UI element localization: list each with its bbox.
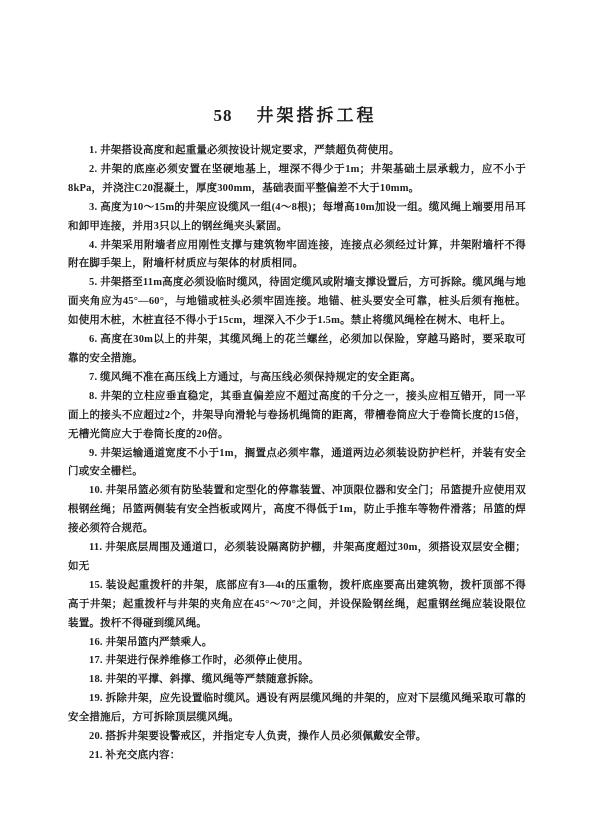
list-item: 1. 井架搭设高度和起重量必须按设计规定要求，严禁超负荷使用。 [68,142,526,161]
list-item: 9. 井架运输通道宽度不小于1m，搁置点必须牢靠，通道两边必须装设防护栏杆，并装… [68,445,526,483]
list-item: 19. 拆除井架，应先设置临时缆风。遇设有两层缆风绳的井架的，应对下层缆风绳采取… [68,690,526,728]
document-page: 58井架搭拆工程 1. 井架搭设高度和起重量必须按设计规定要求，严禁超负荷使用。… [0,0,590,835]
list-item: 10. 井架吊篮必须有防坠装置和定型化的停靠装置、冲顶限位器和安全门；吊篮提升应… [68,482,526,539]
list-item: 5. 井架搭至11m高度必须设临时缆风，待固定缆风或附墙支撑设置后，方可拆除。缆… [68,274,526,331]
list-item: 17. 井架进行保养维修工作时，必须停止使用。 [68,652,526,671]
list-item: 6. 高度在30m以上的井架，其缆风绳上的花兰螺丝，必须加以保险，穿越马路时，要… [68,331,526,369]
list-item: 8. 井架的立柱应垂直稳定，其垂直偏差应不超过高度的千分之一，接头应相互错开，同… [68,388,526,445]
list-item: 7. 缆风绳不准在高压线上方通过，与高压线必须保持规定的安全距离。 [68,369,526,388]
safety-rules-list: 1. 井架搭设高度和起重量必须按设计规定要求，严禁超负荷使用。2. 井架的底座必… [68,142,526,766]
section-title: 井架搭拆工程 [257,106,377,125]
list-item: 20. 搭拆井架要设警戒区，并指定专人负责，操作人员必须佩戴安全带。 [68,728,526,747]
list-item: 3. 高度为10～15m的井架应设缆风一组(4～8根)；每增高10m加设一组。缆… [68,199,526,237]
page-title: 58井架搭拆工程 [0,0,590,126]
list-item: 4. 井架采用附墙者应用刚性支撑与建筑物牢固连接，连接点必须经过计算，井架附墙杆… [68,237,526,275]
list-item: 15. 装设起重拨杆的井架，底部应有3—4t的压重物，拨杆底座要高出建筑物，拨杆… [68,577,526,634]
list-item: 11. 井架底层周围及通道口，必须装设隔离防护棚，井架高度超过30m，须搭设双层… [68,539,526,577]
list-item: 18. 井架的平撑、斜撑、缆风绳等严禁随意拆除。 [68,671,526,690]
list-item: 16. 井架吊篮内严禁乘人。 [68,634,526,653]
section-number: 58 [214,106,233,125]
list-item: 21. 补充交底内容： [68,747,526,766]
list-item: 2. 井架的底座必须安置在坚硬地基上，埋深不得少于1m；井架基础土层承载力，应不… [68,161,526,199]
